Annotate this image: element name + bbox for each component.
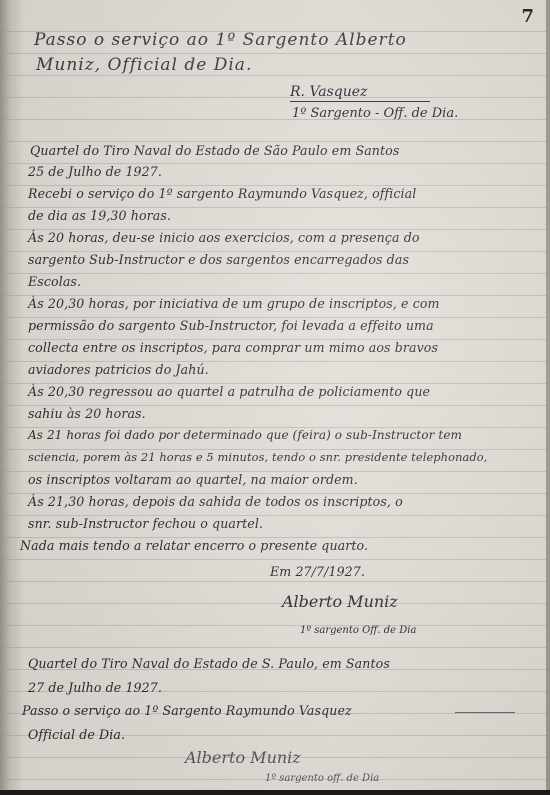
entry1-line-19: Nada mais tendo a relatar encerro o pres… xyxy=(20,538,368,553)
entry1-line-2: 25 de Julho de 1927. xyxy=(28,164,162,179)
entry1-line-16: os inscriptos voltaram ao quartel, na ma… xyxy=(28,472,358,487)
entry1-line-11: aviadores patricios do Jahú. xyxy=(28,362,209,377)
line-filler-dash xyxy=(455,712,515,713)
entry2-line-2: 27 de Julho de 1927. xyxy=(28,680,162,695)
entry1-line-3: Recebi o serviço do 1º sargento Raymundo… xyxy=(28,186,416,201)
header-line-2: Muniz, Official de Dia. xyxy=(36,55,252,75)
signature-rule xyxy=(290,101,430,102)
entry2-signature: Alberto Muniz xyxy=(185,748,301,767)
entry1-line-9: permissão do sargento Sub-Instructor, fo… xyxy=(28,318,434,333)
page-edge xyxy=(546,0,550,790)
entry2-line-4: Official de Dia. xyxy=(28,727,125,742)
page-number: 7 xyxy=(521,6,534,27)
entry1-line-14: As 21 horas foi dado por determinado que… xyxy=(28,428,462,442)
entry1-line-1: Quartel do Tiro Naval do Estado de São P… xyxy=(30,143,399,158)
header-signature: R. Vasquez xyxy=(290,84,367,100)
entry1-line-4: de dia as 19,30 horas. xyxy=(28,208,171,223)
document-page: 7 Passo o serviço ao 1º Sargento Alberto… xyxy=(0,0,550,790)
entry2-signature-title: 1º sargento off. de Dia xyxy=(265,773,379,784)
header-signature-title: 1º Sargento - Off. de Dia. xyxy=(292,106,458,121)
entry1-line-5: Às 20 horas, deu-se inicio aos exercicio… xyxy=(28,230,420,245)
entry1-line-18: snr. sub-Instructor fechou o quartel. xyxy=(28,516,263,531)
entry1-line-17: Às 21,30 horas, depois da sahida de todo… xyxy=(28,494,403,509)
entry1-line-7: Escolas. xyxy=(28,274,81,289)
entry2-line-1: Quartel do Tiro Naval do Estado de S. Pa… xyxy=(28,656,390,671)
entry1-date: Em 27/7/1927. xyxy=(270,564,365,579)
entry1-signature-title: 1º sargento Off. de Dia xyxy=(300,625,416,636)
entry1-line-15: sciencia, porem às 21 horas e 5 minutos,… xyxy=(28,450,487,464)
header-line-1: Passo o serviço ao 1º Sargento Alberto xyxy=(34,30,407,50)
scan-border xyxy=(0,790,550,795)
entry1-line-10: collecta entre os inscriptos, para compr… xyxy=(28,340,438,355)
entry1-line-6: sargento Sub-Instructor e dos sargentos … xyxy=(28,252,409,267)
entry1-signature: Alberto Muniz xyxy=(282,592,398,611)
entry1-line-8: Às 20,30 horas, por iniciativa de um gru… xyxy=(28,296,440,311)
entry1-line-12: Às 20,30 regressou ao quartel a patrulha… xyxy=(28,384,430,399)
entry1-line-13: sahiu às 20 horas. xyxy=(28,406,146,421)
entry2-line-3: Passo o serviço ao 1º Sargento Raymundo … xyxy=(22,703,352,718)
